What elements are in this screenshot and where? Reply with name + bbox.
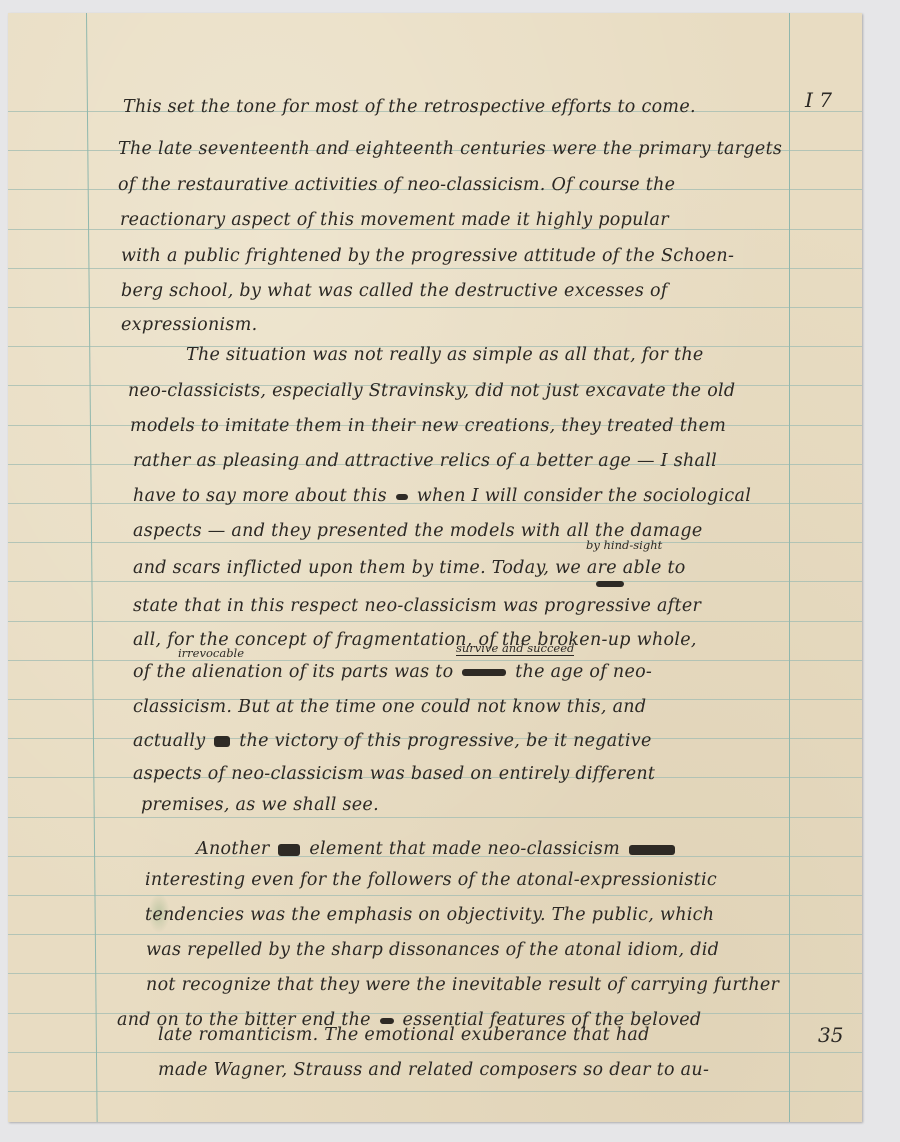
text-segment: the age of neo-	[515, 662, 652, 682]
text-line: models to imitate them in their new crea…	[130, 416, 726, 436]
text-line: premises, as we shall see.	[141, 795, 379, 815]
manuscript-page: I 7 35 This set the tone for most of the…	[8, 13, 862, 1122]
strikeout-mark	[462, 669, 506, 676]
insertion-survive-and-succeed: survive and succeed	[456, 641, 574, 656]
text-line: of the restaurative activities of neo-cl…	[118, 175, 675, 195]
ruled-line	[8, 621, 862, 622]
text-line: was repelled by the sharp dissonances of…	[146, 940, 719, 960]
text-line: actually the victory of this progressive…	[133, 731, 652, 751]
strikeout-mark	[278, 844, 300, 856]
text-line: have to say more about this when I will …	[133, 486, 751, 506]
text-line: interesting even for the followers of th…	[145, 870, 717, 890]
text-segment: actually	[133, 731, 205, 751]
text-line: and scars inflicted upon them by time. T…	[133, 558, 686, 578]
ruled-line	[8, 1052, 862, 1053]
strikeout-mark	[396, 494, 408, 500]
text-line: of the alienation of its parts was to th…	[133, 662, 652, 682]
text-line: Another element that made neo-classicism	[196, 839, 678, 859]
text-segment: have to say more about this	[133, 486, 387, 506]
text-line: This set the tone for most of the retros…	[123, 97, 696, 117]
ruled-line	[8, 542, 862, 543]
ruled-line	[8, 934, 862, 935]
ruled-line	[8, 660, 862, 661]
strikeout-mark	[629, 845, 675, 855]
text-line: The late seventeenth and eighteenth cent…	[118, 139, 782, 159]
text-line: late romanticism. The emotional exuberan…	[158, 1025, 650, 1045]
insertion-hindsight: by hind-sight	[586, 538, 662, 552]
ruled-line	[8, 817, 862, 818]
text-line: expressionism.	[121, 315, 257, 335]
text-line: aspects of neo-classicism was based on e…	[133, 764, 655, 784]
strikeout-mark	[214, 736, 230, 747]
page-label: I 7	[805, 88, 832, 112]
strikeout-mark	[596, 581, 624, 587]
ruled-line	[8, 895, 862, 896]
text-line: made Wagner, Strauss and related compose…	[158, 1060, 709, 1080]
text-line: with a public frightened by the progress…	[121, 246, 734, 266]
page-number: 35	[818, 1023, 843, 1047]
text-segment: Another	[196, 839, 270, 859]
right-margin-line	[789, 13, 790, 1122]
text-line: berg school, by what was called the dest…	[121, 281, 668, 301]
text-line: not recognize that they were the inevita…	[146, 975, 779, 995]
ruled-line	[8, 307, 862, 308]
text-segment: the victory of this progressive, be it n…	[239, 731, 651, 751]
text-line: state that in this respect neo-classicis…	[133, 596, 701, 616]
text-segment: we are able to	[555, 558, 686, 578]
text-segment: when I will consider the sociological	[417, 486, 751, 506]
ruled-line	[8, 1091, 862, 1092]
text-segment: element that made neo-classicism	[309, 839, 620, 859]
ruled-line	[8, 581, 862, 582]
text-line: The situation was not really as simple a…	[186, 345, 704, 365]
text-line: neo-classicists, especially Stravinsky, …	[128, 381, 735, 401]
text-segment: and scars inflicted upon them by time. T…	[133, 558, 549, 578]
text-segment: alienation of its parts was to	[192, 662, 454, 682]
left-margin-line	[86, 13, 98, 1122]
insertion-irrevocable: irrevocable	[178, 646, 244, 660]
text-line: reactionary aspect of this movement made…	[120, 210, 669, 230]
text-segment: of the	[133, 662, 186, 682]
text-line: rather as pleasing and attractive relics…	[133, 451, 717, 471]
strikeout-mark	[380, 1018, 394, 1024]
ruled-line	[8, 268, 862, 269]
text-line: classicism. But at the time one could no…	[133, 697, 646, 717]
text-line: tendencies was the emphasis on objectivi…	[145, 905, 714, 925]
